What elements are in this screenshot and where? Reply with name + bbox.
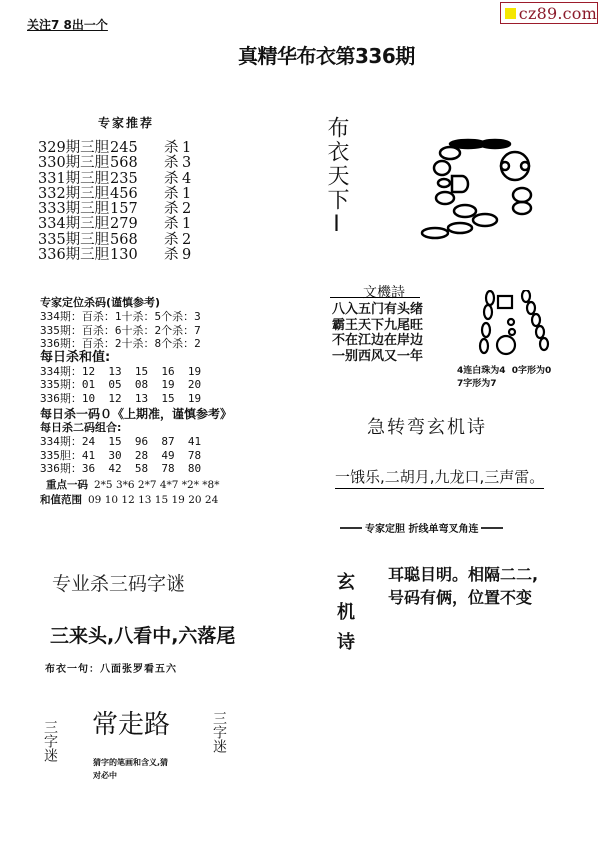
key-one-row: 重点一码 2*5 3*6 2*7 4*7 *2* *8* bbox=[40, 478, 232, 493]
kill-num: 1 bbox=[182, 217, 191, 232]
daily-sum-row: 336期：10 12 13 15 19 bbox=[40, 392, 232, 406]
period: 335期三胆 bbox=[38, 233, 110, 248]
buyi-line: 布衣一句：八面张罗看五六 bbox=[45, 660, 177, 675]
poem-line: 霸王天下九尾旺 bbox=[332, 318, 423, 334]
wenji-poem-heading: 文機詩 bbox=[363, 282, 405, 302]
expert-recommend-list: 329期三胆245杀1 330期三胆568杀3 331期三胆235杀4 332期… bbox=[38, 141, 191, 263]
period: 330期三胆 bbox=[38, 156, 110, 171]
notice-text: 关注7 8出一个 bbox=[27, 16, 108, 33]
kill-label: 杀 bbox=[164, 156, 182, 171]
sum-range-row: 和值范围 09 10 12 13 15 19 20 24 bbox=[40, 493, 232, 508]
recommend-row: 334期三胆279杀1 bbox=[38, 217, 191, 232]
kill-label: 杀 bbox=[164, 172, 182, 187]
recommend-row: 330期三胆568杀3 bbox=[38, 156, 191, 171]
nums: 235 bbox=[110, 172, 164, 187]
recommend-row: 336期三胆130杀9 bbox=[38, 248, 191, 263]
kill-label: 杀 bbox=[164, 233, 182, 248]
key-one-value: 2*5 3*6 2*7 4*7 *2* *8* bbox=[94, 478, 220, 493]
xuanji-poem-line2: 号码有俩，位置不变 bbox=[388, 585, 532, 608]
kill-num: 1 bbox=[182, 141, 191, 156]
daily-kill-two-heading: 每日杀二码组合: bbox=[40, 421, 232, 435]
sum-range-value: 09 10 12 13 15 19 20 24 bbox=[88, 493, 218, 508]
nums: 130 bbox=[110, 248, 164, 263]
daily-kill-two-row: 335胆：41 30 28 49 78 bbox=[40, 449, 232, 463]
bead-number-figure-icon bbox=[478, 290, 558, 358]
period: 331期三胆 bbox=[38, 172, 110, 187]
position-kill-heading: 专家定位杀码(谨慎参考) bbox=[40, 296, 232, 310]
recommend-row: 335期三胆568杀2 bbox=[38, 233, 191, 248]
period: 332期三胆 bbox=[38, 187, 110, 202]
period: 334期三胆 bbox=[38, 217, 110, 232]
kill-num: 3 bbox=[182, 156, 191, 171]
kill-label: 杀 bbox=[164, 248, 182, 263]
nums: 568 bbox=[110, 156, 164, 171]
expert-dan-row: 专家定胆 折线单弯叉角连 bbox=[340, 520, 545, 535]
expert-dan-text: 专家定胆 折线单弯叉角连 bbox=[365, 520, 478, 535]
nums: 568 bbox=[110, 233, 164, 248]
recommend-row: 329期三胆245杀1 bbox=[38, 141, 191, 156]
yellow-square-icon bbox=[505, 8, 516, 19]
daily-kill-two-row: 336期：36 42 58 78 80 bbox=[40, 462, 232, 476]
riddle-hint-line2: 对必中 bbox=[93, 770, 117, 781]
sharp-turn-poem-line: 一饿乐,二胡月,九龙口,三声雷。 bbox=[335, 466, 544, 489]
sum-range-label: 和值范围 bbox=[40, 493, 82, 508]
recommend-row: 332期三胆456杀1 bbox=[38, 187, 191, 202]
expert-recommend-heading: 专家推荐 bbox=[98, 114, 154, 131]
key-one-label: 重点一码 bbox=[46, 478, 88, 493]
poem-line: 八入五门有头绪 bbox=[332, 302, 423, 318]
nums: 245 bbox=[110, 141, 164, 156]
wenji-poem-lines: 八入五门有头绪 霸王天下九尾旺 不在江边在岸边 一别西风又一年 bbox=[332, 302, 423, 364]
nums: 279 bbox=[110, 217, 164, 232]
poem-line: 一别西风又一年 bbox=[332, 349, 423, 365]
bead-legend-line2: 7字形为7 bbox=[457, 376, 497, 389]
buyi-tianxia-vertical: 布衣天下Ⅰ bbox=[324, 116, 348, 239]
sharp-turn-poem-heading: 急转弯玄机诗 bbox=[367, 413, 487, 439]
daily-sum-row: 335期：01 05 08 19 20 bbox=[40, 378, 232, 392]
daily-kill-two-row: 334期：24 15 96 87 41 bbox=[40, 435, 232, 449]
watermark-text: cz89.com bbox=[519, 4, 597, 23]
divider-left bbox=[340, 527, 362, 529]
kill-label: 杀 bbox=[164, 217, 182, 232]
daily-kill-one-heading: 每日杀一码０《上期准，谨慎参考》 bbox=[40, 407, 232, 421]
three-char-riddle-side-right: 三字迷 bbox=[211, 711, 227, 753]
position-kill-row: 334期：百杀：1十杀：5个杀：3 bbox=[40, 310, 232, 324]
kill-num: 2 bbox=[182, 233, 191, 248]
bead-legend-line1: 4连白珠为4 0字形为0 bbox=[457, 363, 551, 376]
kill-three-riddle-heading: 专业杀三码字谜 bbox=[52, 569, 185, 596]
site-watermark-badge: cz89.com bbox=[500, 2, 598, 24]
position-kill-row: 335期：百杀：6十杀：2个杀：7 bbox=[40, 324, 232, 338]
kill-three-riddle-text: 三来头,八看中,六落尾 bbox=[50, 621, 235, 648]
period: 329期三胆 bbox=[38, 141, 110, 156]
xuanji-poem-vertical: 玄机诗 bbox=[334, 572, 354, 662]
kill-label: 杀 bbox=[164, 141, 182, 156]
three-char-riddle-main: 常走路 bbox=[92, 704, 170, 741]
divider-right bbox=[481, 527, 503, 529]
kill-num: 9 bbox=[182, 248, 191, 263]
xuanji-poem-line1: 耳聪目明。相隔二二, bbox=[388, 562, 538, 585]
nums: 157 bbox=[110, 202, 164, 217]
bead-figure-icon bbox=[410, 138, 540, 240]
kill-num: 4 bbox=[182, 172, 191, 187]
daily-sum-kill-heading: 每日杀和值: bbox=[40, 351, 232, 365]
poem-line: 不在江边在岸边 bbox=[332, 333, 423, 349]
kill-num: 2 bbox=[182, 202, 191, 217]
position-kill-row: 336期：百杀：2十杀：8个杀：2 bbox=[40, 337, 232, 351]
recommend-row: 331期三胆235杀4 bbox=[38, 172, 191, 187]
page-title: 真精华布衣第336期 bbox=[238, 40, 415, 69]
period: 336期三胆 bbox=[38, 248, 110, 263]
wenji-divider bbox=[330, 297, 420, 298]
nums: 456 bbox=[110, 187, 164, 202]
daily-sum-row: 334期：12 13 15 16 19 bbox=[40, 365, 232, 379]
kill-label: 杀 bbox=[164, 187, 182, 202]
kill-num: 1 bbox=[182, 187, 191, 202]
riddle-hint-line1: 猜字的笔画和含义,猜 bbox=[93, 757, 168, 768]
position-kill-block: 专家定位杀码(谨慎参考) 334期：百杀：1十杀：5个杀：3 335期：百杀：6… bbox=[40, 296, 232, 508]
three-char-riddle-side-left: 三字迷 bbox=[42, 720, 58, 762]
